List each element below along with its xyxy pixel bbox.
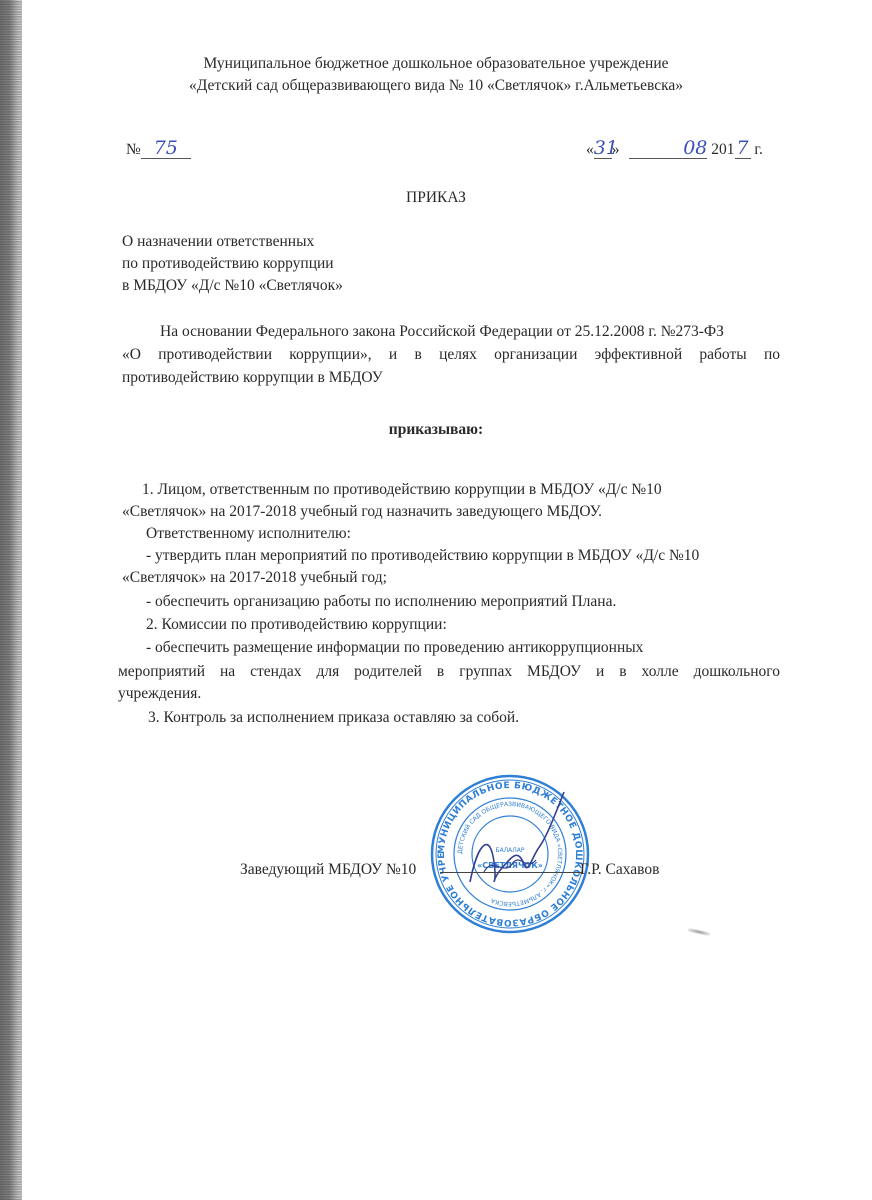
official-stamp-icon: МУНИЦИПАЛЬНОЕ БЮДЖЕТНОЕ ДОШКОЛЬНОЕ ОБРАЗ… <box>428 772 592 936</box>
svg-text:БАЛАЛАР: БАЛАЛАР <box>495 847 524 854</box>
item2-sub1-line2: мероприятий на стендах для родителей в г… <box>118 662 780 682</box>
handwritten-year-digit: 7 <box>735 138 751 159</box>
item1-line1: 1. Лицом, ответственным по противодейств… <box>142 480 662 500</box>
preamble-line3: противодействию коррупции в МБДОУ <box>122 368 383 388</box>
item1-sub1-line1: - утвердить план мероприятий по противод… <box>146 546 699 566</box>
signatory-name: Г.Р. Сахавов <box>580 860 659 880</box>
date-close-quote: » <box>612 141 620 158</box>
subject-line3: в МБДОУ «Д/с №10 «Светлячок» <box>122 276 343 296</box>
item1-sub-heading: Ответственному исполнителю: <box>146 524 351 544</box>
order-date: «31» 08 2017 г. <box>586 138 763 160</box>
subject-line2: по противодействию коррупции <box>122 254 334 274</box>
preamble-line1: На основании Федерального закона Российс… <box>160 322 724 342</box>
year-printed: 201 <box>711 141 734 158</box>
scan-speck <box>688 928 710 936</box>
subject-line1: О назначении ответственных <box>122 232 314 252</box>
org-name-line1: Муниципальное бюджетное дошкольное образ… <box>0 54 872 74</box>
handwritten-month: 08 <box>629 138 707 159</box>
item2-heading: 2. Комиссии по противодействию коррупции… <box>146 615 447 635</box>
document-title: ПРИКАЗ <box>0 188 872 208</box>
preamble-line2: «О противодействии коррупции», и в целях… <box>122 345 780 365</box>
item1-sub2: - обеспечить организацию работы по испол… <box>146 592 616 612</box>
year-suffix: г. <box>754 141 762 158</box>
item1-sub1-line2: «Светлячок» на 2017-2018 учебный год; <box>122 568 387 588</box>
handwritten-day: 31 <box>594 138 612 159</box>
scan-edge-artifact <box>0 0 22 1200</box>
order-word: приказываю: <box>0 420 872 440</box>
handwritten-number: 75 <box>141 138 191 159</box>
item2-sub1-line1: - обеспечить размещение информации по пр… <box>146 638 643 658</box>
signatory-position: Заведующий МБДОУ №10 <box>240 860 416 880</box>
signature-line <box>440 872 582 873</box>
item1-line2: «Светлячок» на 2017-2018 учебный год наз… <box>122 502 602 522</box>
order-number: №75 <box>126 138 191 160</box>
org-name-line2: «Детский сад общеразвивающего вида № 10 … <box>0 76 872 96</box>
date-open-quote: « <box>586 141 594 158</box>
number-prefix: № <box>126 141 141 158</box>
item3: 3. Контроль за исполнением приказа остав… <box>148 708 519 728</box>
item2-sub1-line3: учреждения. <box>118 684 201 704</box>
